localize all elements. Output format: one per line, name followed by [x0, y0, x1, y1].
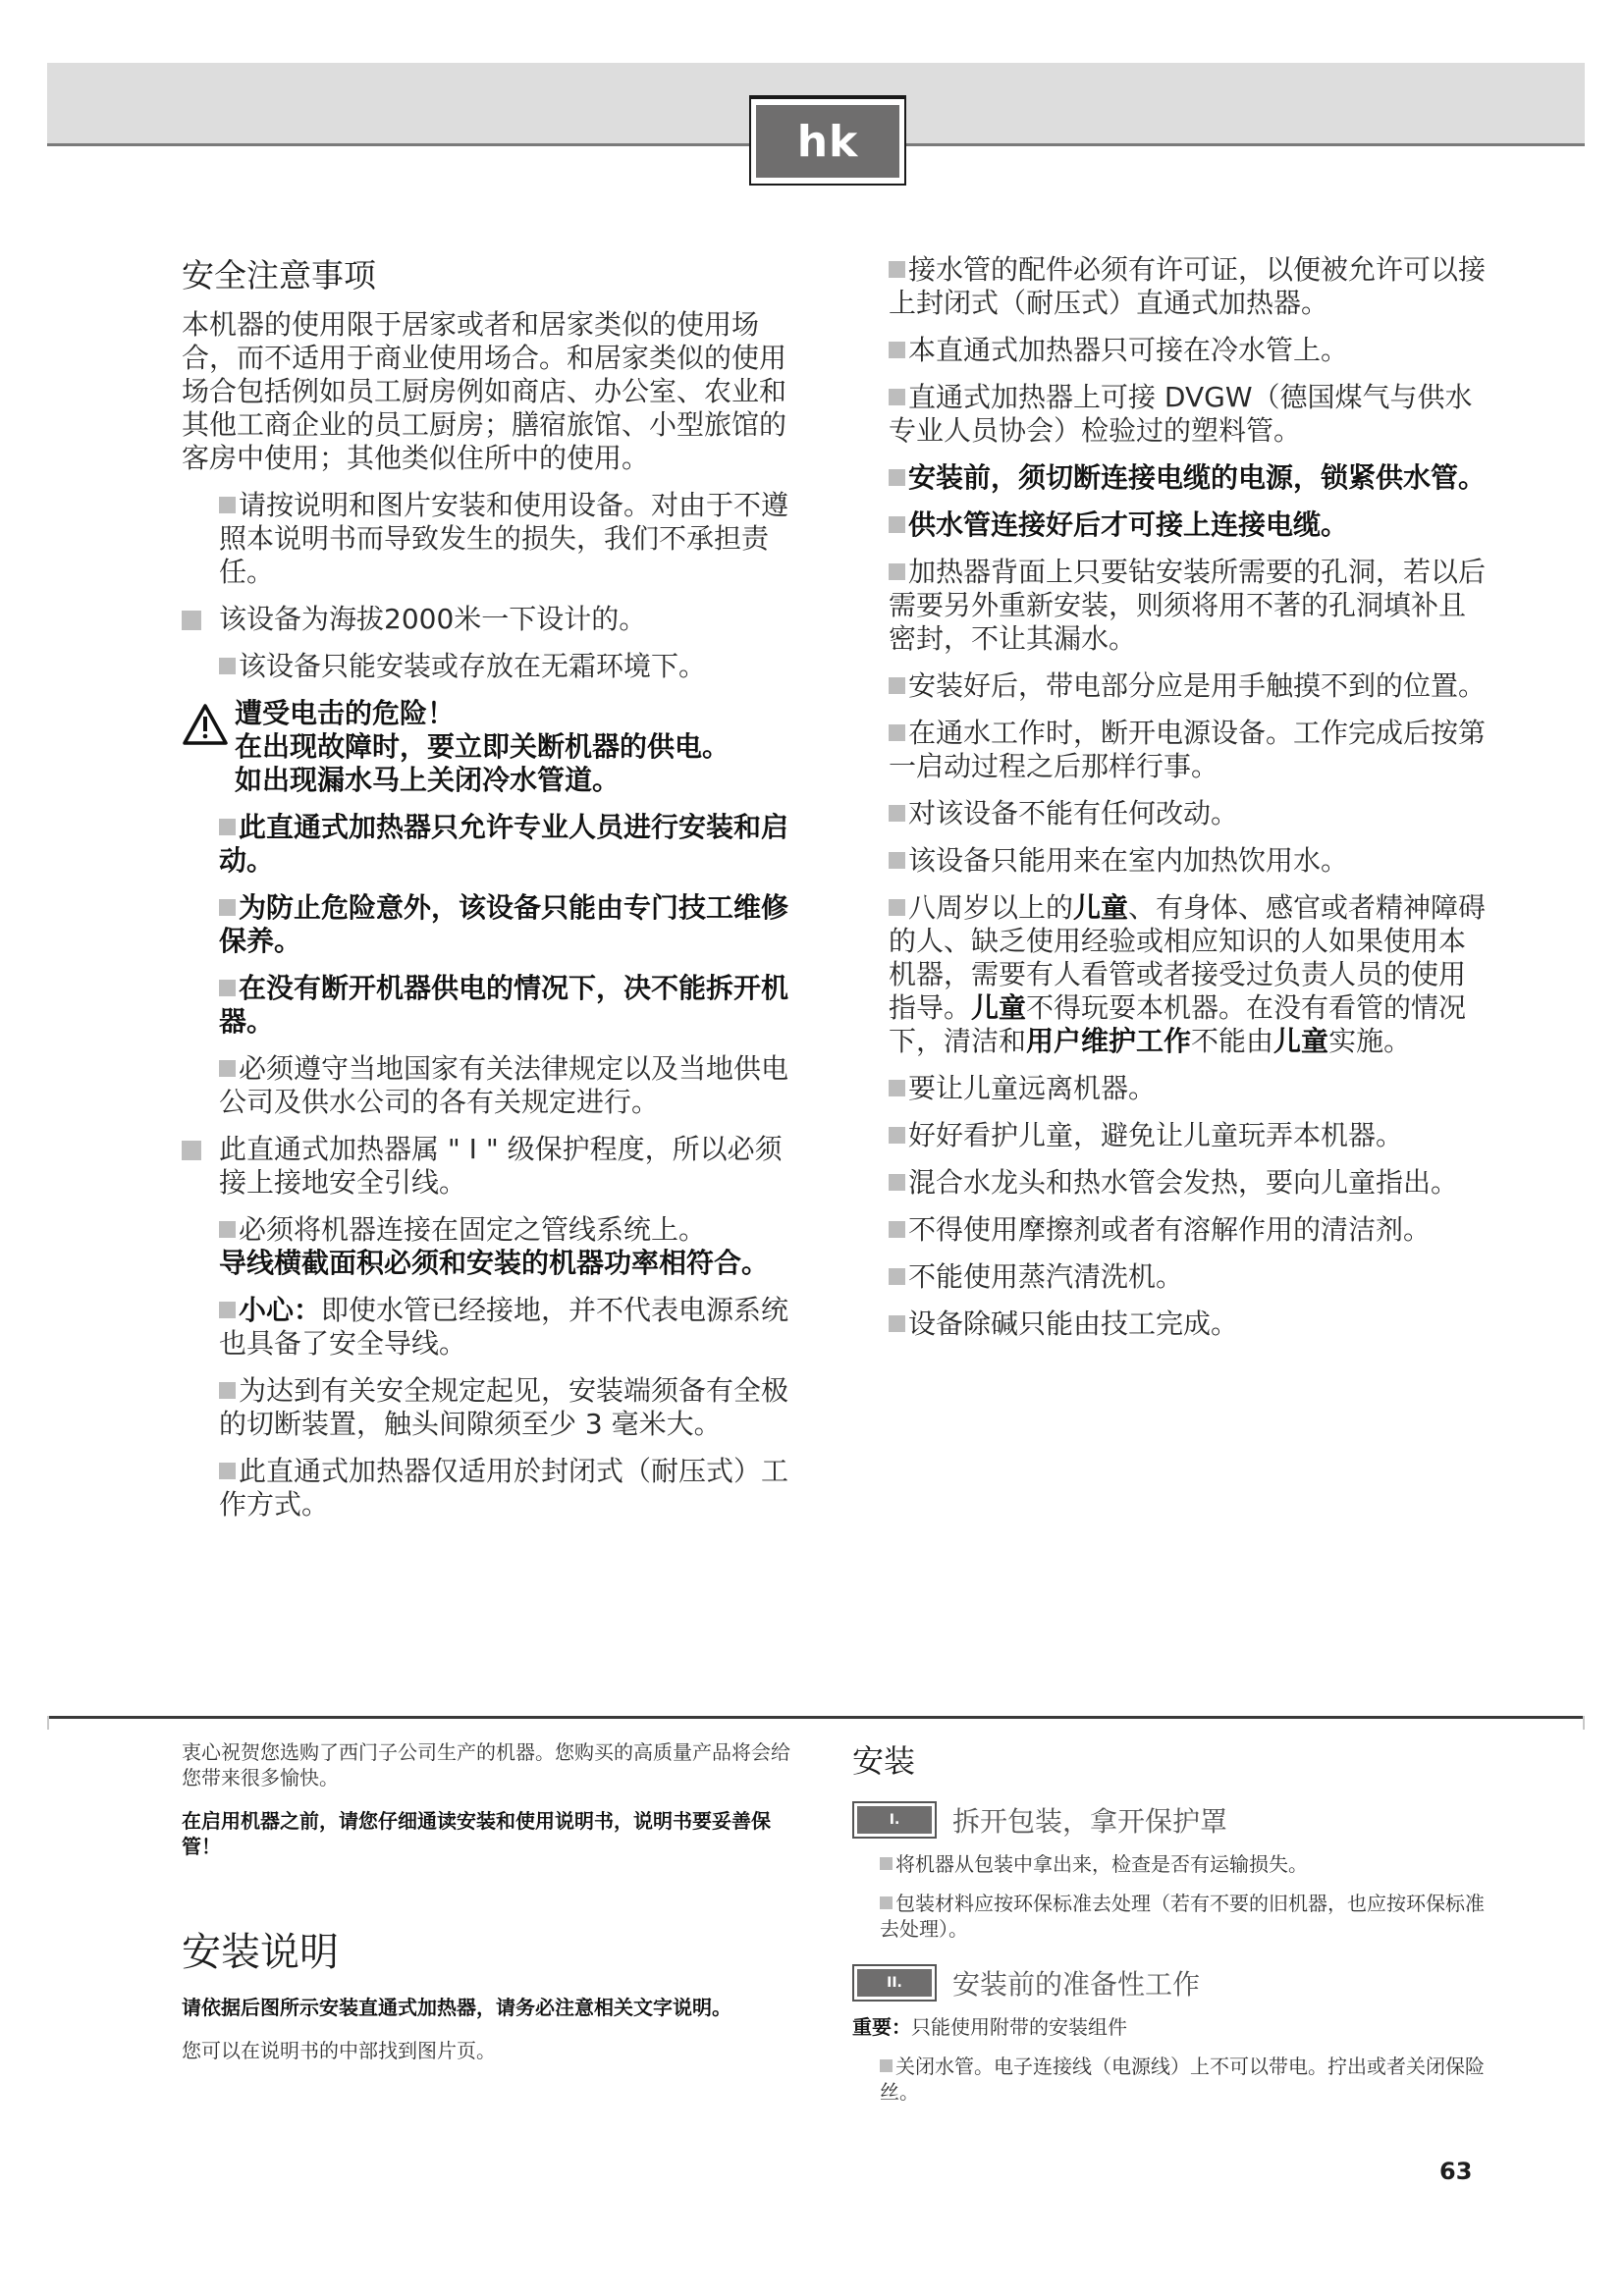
list-item: 接水管的配件必须有许可证，以便被允许可以接上封闭式（耐压式）直通式加热器。 [889, 253, 1488, 320]
bullet-square-icon [182, 1141, 201, 1160]
step-2-header: II. 安装前的准备性工作 [852, 1963, 1490, 2002]
list-item: 必须遵守当地国家有关法律规定以及当地供电公司及供水公司的各有关规定进行。 [219, 1052, 800, 1119]
list-item: 此直通式加热器属 " I " 级保护程度，所以必须接上接地安全引线。 [219, 1133, 800, 1200]
bullet-square-icon [219, 497, 236, 513]
list-item: 在通水工作时，断开电源设备。工作完成后按第一启动过程之后那样行事。 [889, 717, 1488, 783]
bullet-square-icon [219, 1463, 236, 1479]
list-item: 安装好后，带电部分应是用手触摸不到的位置。 [889, 669, 1488, 703]
list-item: 为达到有关安全规定起见，安装端须备有全极的切断装置，触头间隙须至少 3 毫米大。 [219, 1374, 800, 1441]
bullet-square-icon [889, 342, 905, 358]
list-item: 此直通式加热器仅适用於封闭式（耐压式）工作方式。 [219, 1455, 800, 1522]
installation-title: 安装 [852, 1739, 1490, 1783]
list-item: 安装前，须切断连接电缆的电源，锁紧供水管。 [889, 461, 1488, 495]
list-item: 供水管连接好后才可接上连接电缆。 [889, 508, 1488, 542]
list-item: 不能使用蒸汽清洗机。 [889, 1260, 1488, 1294]
bullet-square-icon [889, 805, 905, 822]
installation-section: 安装 I. 拆开包装，拿开保护罩 将机器从包装中拿出来，检查是否有运输损失。 包… [852, 1739, 1490, 2118]
electric-shock-warning: 遭受电击的危险！ 在出现故障时，要立即关断机器的供电。 如出现漏水马上关闭冷水管… [182, 697, 800, 797]
bullet-square-icon [889, 1221, 905, 1238]
important-note: 重要：只能使用附带的安装组件 [852, 2014, 1490, 2040]
bullet-square-icon [219, 1302, 236, 1318]
step-1-title: 拆开包装，拿开保护罩 [952, 1800, 1227, 1840]
bullet-square-icon [889, 389, 905, 405]
bullet-square-icon [219, 658, 236, 674]
bullet-square-icon [889, 724, 905, 741]
list-item: 在没有断开机器供电的情况下，决不能拆开机器。 [219, 972, 800, 1039]
read-first-notice: 在启用机器之前，请您仔细通读安装和使用说明书，说明书要妥善保管！ [182, 1808, 790, 1859]
bullet-square-icon [880, 2059, 893, 2072]
divider-end-right [1583, 1716, 1585, 1730]
warning-line-3: 如出现漏水马上关闭冷水管道。 [235, 764, 730, 797]
bullet-square-icon [182, 611, 201, 630]
list-item: 不得使用摩擦剂或者有溶解作用的清洁剂。 [889, 1213, 1488, 1247]
bullet-square-icon [219, 819, 236, 835]
list-item: 该设备只能用来在室内加热饮用水。 [889, 844, 1488, 878]
language-tab-label: hk [756, 105, 899, 178]
list-item: 此直通式加热器只允许专业人员进行安装和启动。 [219, 811, 800, 878]
list-item: 为防止危险意外，该设备只能由专门技工维修保养。 [219, 891, 800, 958]
safety-left-column: 安全注意事项 本机器的使用限于居家或者和居家类似的使用场合，而不适用于商业使用场… [182, 253, 800, 1535]
safety-title: 安全注意事项 [182, 253, 800, 298]
bullet-square-icon [219, 899, 236, 916]
bullet-square-icon [889, 261, 905, 278]
list-item: 要让儿童远离机器。 [889, 1072, 1488, 1105]
list-item: 小心：即使水管已经接地，并不代表电源系统也具备了安全导线。 [219, 1294, 800, 1361]
list-item: 必须将机器连接在固定之管线系统上。导线横截面积必须和安装的机器功率相符合。 [219, 1213, 800, 1280]
list-item: 设备除碱只能由技工完成。 [889, 1308, 1488, 1341]
step-number-box: II. [852, 1964, 937, 2002]
bullet-square-icon [889, 516, 905, 533]
warning-triangle-icon [182, 703, 229, 746]
warning-line-1: 遭受电击的危险！ [235, 697, 730, 730]
list-item: 本直通式加热器只可接在冷水管上。 [889, 334, 1488, 367]
intro-paragraph: 本机器的使用限于居家或者和居家类似的使用场合，而不适用于商业使用场合。和居家类似… [182, 308, 800, 475]
step-1-header: I. 拆开包装，拿开保护罩 [852, 1800, 1490, 1840]
bullet-square-icon [889, 1080, 905, 1096]
section-divider [47, 1716, 1585, 1719]
warning-line-2: 在出现故障时，要立即关断机器的供电。 [235, 730, 730, 764]
list-item: 对该设备不能有任何改动。 [889, 797, 1488, 830]
bullet-square-icon [219, 1382, 236, 1399]
bullet-square-icon [889, 677, 905, 694]
step-2-title: 安装前的准备性工作 [952, 1963, 1200, 2002]
list-item: 加热器背面上只要钻安装所需要的孔洞，若以后需要另外重新安装，则须将用不著的孔洞填… [889, 556, 1488, 656]
children-safety-item: 八周岁以上的儿童、有身体、感官或者精神障碍的人、缺乏使用经验或相应知识的人如果使… [889, 891, 1488, 1058]
picture-page-note: 您可以在说明书的中部找到图片页。 [182, 2038, 790, 2063]
bullet-square-icon [889, 852, 905, 869]
intro-section: 衷心祝贺您选购了西门子公司生产的机器。您购买的高质量产品将会给您带来很多愉快。 … [182, 1739, 790, 2081]
list-item: 包装材料应按环保标准去处理（若有不要的旧机器，也应按环保标准去处理）。 [880, 1891, 1490, 1942]
list-item: 请按说明和图片安装和使用设备。对由于不遵照本说明书而导致发生的损失，我们不承担责… [219, 489, 800, 589]
installation-instructions-title: 安装说明 [182, 1926, 790, 1979]
bullet-square-icon [889, 469, 905, 486]
list-item: 该设备只能安装或存放在无霜环境下。 [219, 650, 800, 683]
bullet-square-icon [889, 563, 905, 580]
bullet-square-icon [889, 1268, 905, 1285]
installation-note: 请依据后图所示安装直通式加热器，请务必注意相关文字说明。 [182, 1995, 790, 2020]
bullet-square-icon [889, 1127, 905, 1144]
bullet-square-icon [889, 1174, 905, 1191]
bullet-square-icon [219, 1221, 236, 1238]
list-item: 混合水龙头和热水管会发热，要向儿童指出。 [889, 1166, 1488, 1200]
congratulations-text: 衷心祝贺您选购了西门子公司生产的机器。您购买的高质量产品将会给您带来很多愉快。 [182, 1739, 790, 1790]
divider-end-left [47, 1716, 49, 1730]
bullet-square-icon [219, 980, 236, 996]
list-item: 将机器从包装中拿出来，检查是否有运输损失。 [880, 1851, 1490, 1877]
page-number: 63 [1439, 2158, 1472, 2185]
step-number-box: I. [852, 1801, 937, 1839]
bullet-square-icon [880, 1896, 893, 1909]
bullet-square-icon [889, 899, 905, 916]
safety-right-column: 接水管的配件必须有许可证，以便被允许可以接上封闭式（耐压式）直通式加热器。 本直… [889, 253, 1488, 1355]
bullet-square-icon [889, 1315, 905, 1332]
list-item: 该设备为海拔2000米一下设计的。 [219, 603, 800, 636]
list-item: 关闭水管。电子连接线（电源线）上不可以带电。拧出或者关闭保险丝。 [880, 2054, 1490, 2105]
list-item: 直通式加热器上可接 DVGW（德国煤气与供水专业人员协会）检验过的塑料管。 [889, 381, 1488, 448]
bullet-square-icon [880, 1857, 893, 1870]
language-tab: hk [749, 95, 906, 186]
list-item: 好好看护儿童，避免让儿童玩弄本机器。 [889, 1119, 1488, 1152]
bullet-square-icon [219, 1060, 236, 1077]
